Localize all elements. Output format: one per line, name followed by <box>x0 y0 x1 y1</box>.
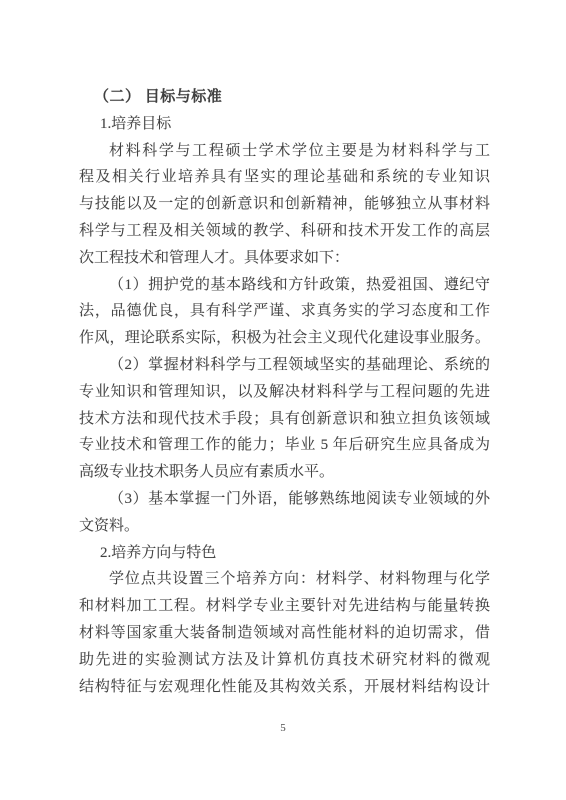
body-text-line: 和材料加工工程。材料学专业主要针对先进结构与能量转换 <box>79 593 490 620</box>
body-text-line: 次工程技术和管理人才。具体要求如下： <box>79 245 490 272</box>
body-text-line: 助先进的实验测试方法及计算机仿真技术研究材料的微观 <box>79 647 490 674</box>
text-block: （二） 目标与标准1.培养目标材料科学与工程硕士学术学位主要是为材料科学与工程及… <box>79 84 490 700</box>
body-text-line: 专业技术和管理工作的能力；毕业 5 年后研究生应具备成为 <box>79 432 490 459</box>
body-text-line: 文资料。 <box>79 513 490 540</box>
body-text-line: 法，品德优良，具有科学严谨、求真务实的学习态度和工作 <box>79 298 490 325</box>
body-text-line: 材料等国家重大装备制造领域对高性能材料的迫切需求，借 <box>79 620 490 647</box>
body-text-line: （1）拥护党的基本路线和方针政策，热爱祖国、遵纪守 <box>79 272 490 299</box>
body-text-line: 技术方法和现代技术手段；具有创新意识和独立担负该领域 <box>79 406 490 433</box>
body-text-line: （3）基本掌握一门外语，能够熟练地阅读专业领域的外 <box>79 486 490 513</box>
section-heading: （二） 目标与标准 <box>79 84 490 111</box>
body-text-line: 专业知识和管理知识，以及解决材料科学与工程问题的先进 <box>79 379 490 406</box>
body-text-line: 作风，理论联系实际，积极为社会主义现代化建设事业服务。 <box>79 325 490 352</box>
body-text-line: 学位点共设置三个培养方向：材料学、材料物理与化学 <box>79 566 490 593</box>
body-text-line: 结构特征与宏观理化性能及其构效关系，开展材料结构设计 <box>79 674 490 701</box>
body-text-line: （2）掌握材料科学与工程领域坚实的基础理论、系统的 <box>79 352 490 379</box>
subsection-heading: 1.培养目标 <box>79 111 490 138</box>
body-text-line: 高级专业技术职务人员应有素质水平。 <box>79 459 490 486</box>
body-text-line: 科学与工程及相关领域的教学、科研和技术开发工作的高层 <box>79 218 490 245</box>
subsection-heading: 2.培养方向与特色 <box>79 540 490 567</box>
document-page: （二） 目标与标准1.培养目标材料科学与工程硕士学术学位主要是为材料科学与工程及… <box>0 0 566 800</box>
body-text-line: 材料科学与工程硕士学术学位主要是为材料科学与工 <box>79 138 490 165</box>
page-number: 5 <box>0 720 566 736</box>
body-text-line: 与技能以及一定的创新意识和创新精神，能够独立从事材料 <box>79 191 490 218</box>
body-text-line: 程及相关行业培养具有坚实的理论基础和系统的专业知识 <box>79 164 490 191</box>
